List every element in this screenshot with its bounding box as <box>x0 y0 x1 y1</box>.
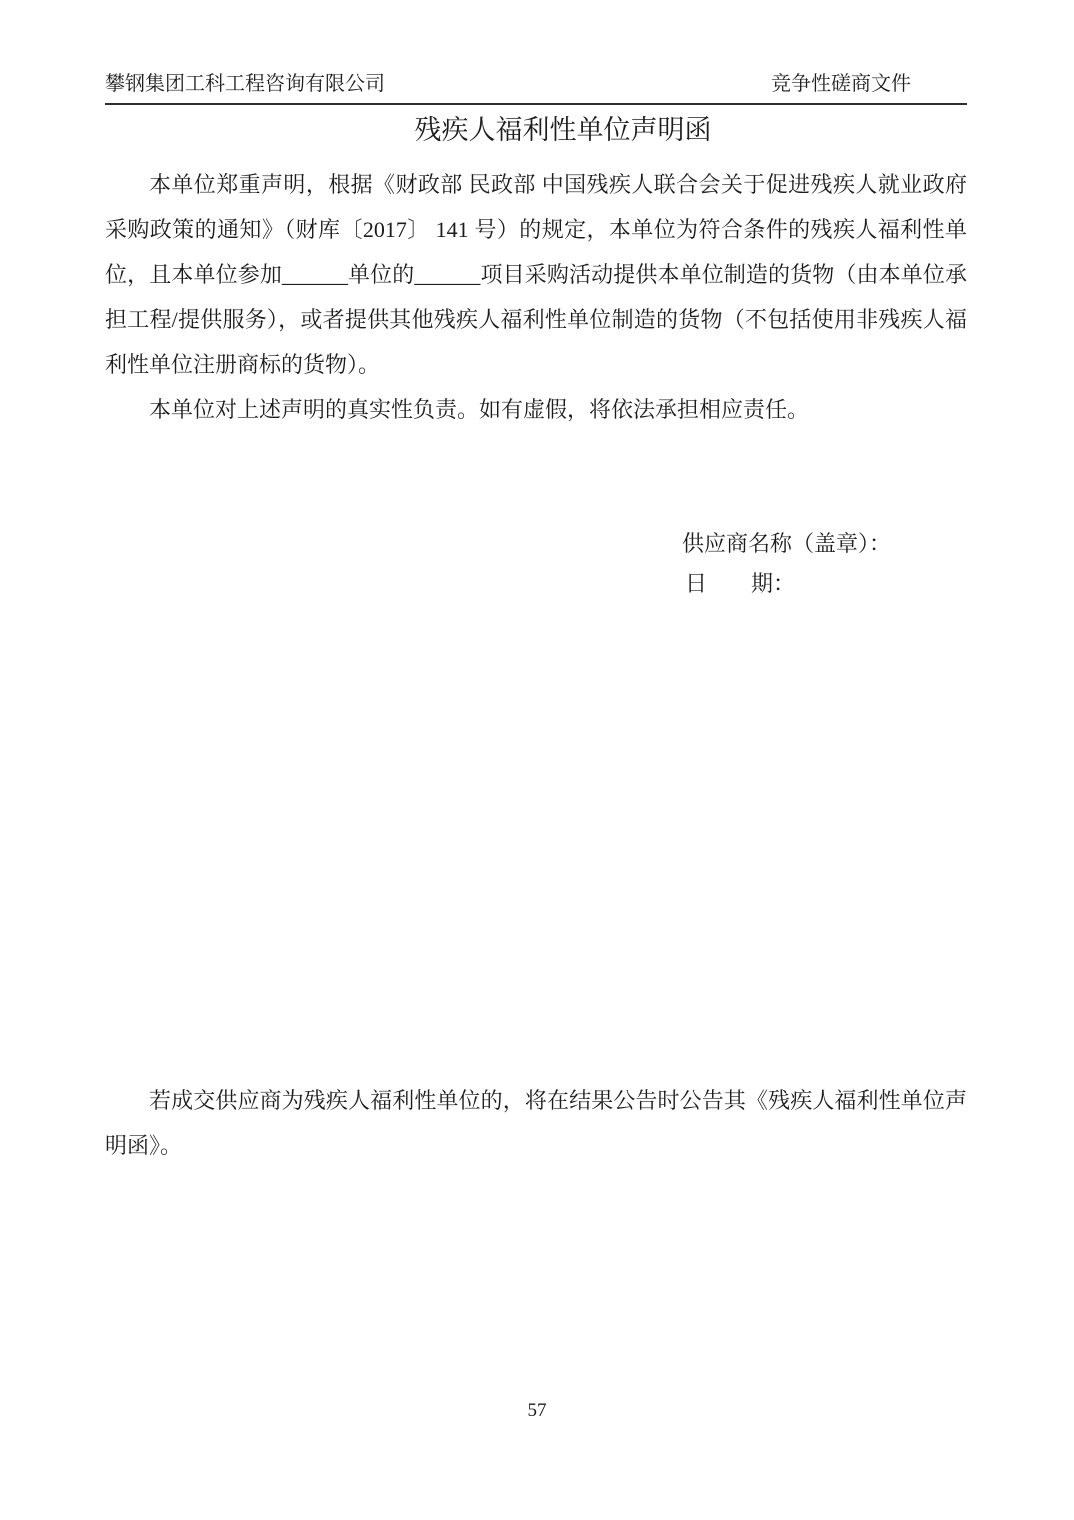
supplier-name-label: 供应商名称（盖章）： <box>682 524 967 564</box>
page-header: 攀钢集团工科工程咨询有限公司 竞争性磋商文件 <box>105 0 967 105</box>
document-title: 残疾人福利性单位声明函 <box>105 115 967 145</box>
header-doc-type: 竞争性磋商文件 <box>771 73 967 95</box>
document-page: 攀钢集团工科工程咨询有限公司 竞争性磋商文件 残疾人福利性单位声明函 本单位郑重… <box>0 0 1074 1520</box>
result-announcement-paragraph: 若成交供应商为残疾人福利性单位的，将在结果公告时公告其《残疾人福利性单位声明函》… <box>105 1078 967 1168</box>
responsibility-paragraph: 本单位对上述声明的真实性负责。如有虚假，将依法承担相应责任。 <box>105 387 967 432</box>
header-company-name: 攀钢集团工科工程咨询有限公司 <box>105 73 385 95</box>
page-content: 攀钢集团工科工程咨询有限公司 竞争性磋商文件 残疾人福利性单位声明函 本单位郑重… <box>105 0 967 1168</box>
date-label: 日 期： <box>685 564 967 604</box>
signature-block: 供应商名称（盖章）： 日 期： <box>105 524 967 604</box>
declaration-paragraph: 本单位郑重声明，根据《财政部 民政部 中国残疾人联合会关于促进残疾人就业政府采购… <box>105 162 967 387</box>
page-number: 57 <box>0 1400 1074 1422</box>
